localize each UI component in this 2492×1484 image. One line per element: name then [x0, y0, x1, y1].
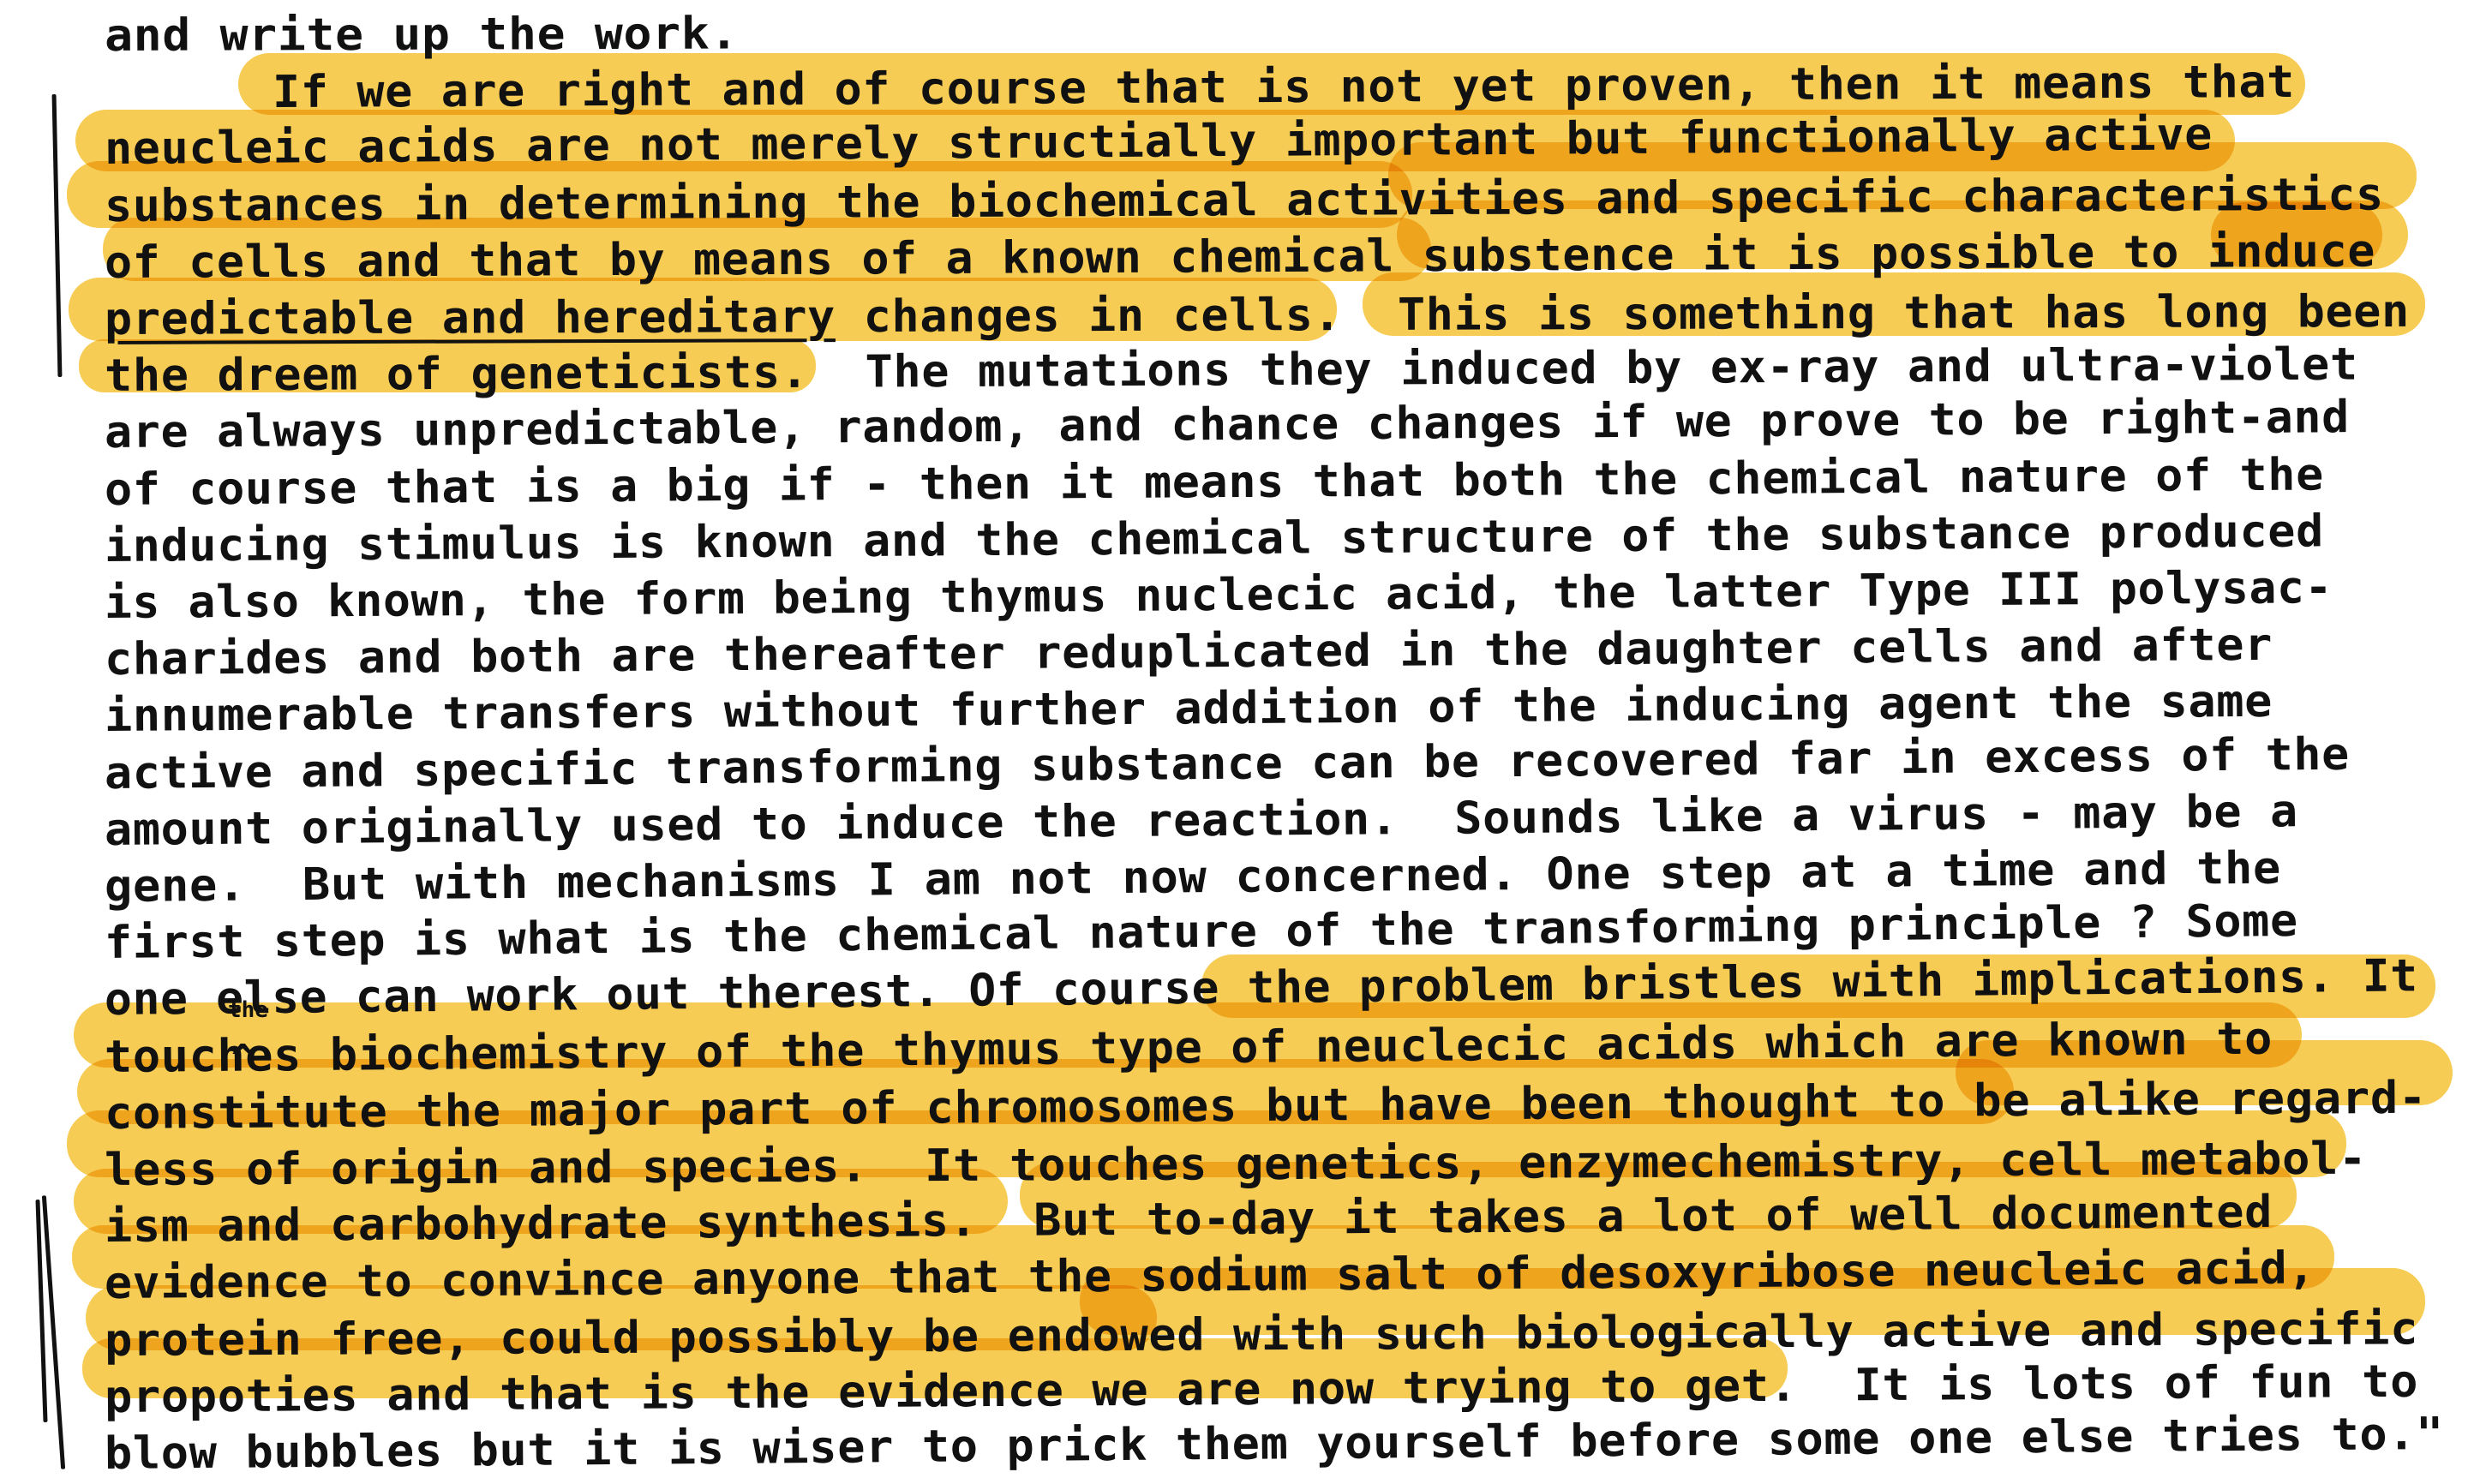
typewritten-text: and write up the work.If we are right an… [0, 0, 2492, 1484]
text-line: charides and both are thereafter redupli… [105, 619, 2273, 685]
text-line: ism and carbohydrate synthesis. But to-d… [105, 1187, 2273, 1253]
text-line: constitute the major part of chromosomes… [105, 1073, 2427, 1140]
text-line: protein free, could possibly be endowed … [105, 1303, 2418, 1367]
text-line: of course that is a big if - then it mea… [105, 449, 2324, 516]
insertion-caret-icon: ^ [231, 1037, 255, 1080]
text-line: of cells and that by means of a known ch… [105, 225, 2375, 289]
text-line: and write up the work. [105, 9, 739, 62]
text-line: neucleic acids are not merely structiall… [105, 110, 2213, 176]
text-line: predictable and hereditary changes in ce… [105, 286, 2410, 345]
insertion-caret-word: the [228, 997, 268, 1023]
text-line: evidence to convince anyone that the sod… [105, 1243, 2315, 1310]
text-line: If we are right and of course that is no… [273, 57, 2295, 118]
text-line: is also known, the form being thymus nuc… [105, 562, 2333, 629]
text-line: less of origin and species. It touches g… [105, 1134, 2367, 1196]
text-line: inducing stimulus is known and the chemi… [105, 506, 2324, 572]
text-line: touches biochemistry of the thymus type … [105, 1013, 2273, 1082]
text-line: the dreem of geneticists. The mutations … [105, 339, 2358, 402]
line-text: changes in cells. This is something that… [836, 286, 2410, 343]
text-line: are always unpredictable, random, and ch… [105, 392, 2350, 459]
underlined-phrase: predictable and hereditary [105, 291, 836, 345]
document-page: and write up the work.If we are right an… [0, 0, 2492, 1484]
text-line: substances in determining the biochemica… [105, 169, 2384, 232]
